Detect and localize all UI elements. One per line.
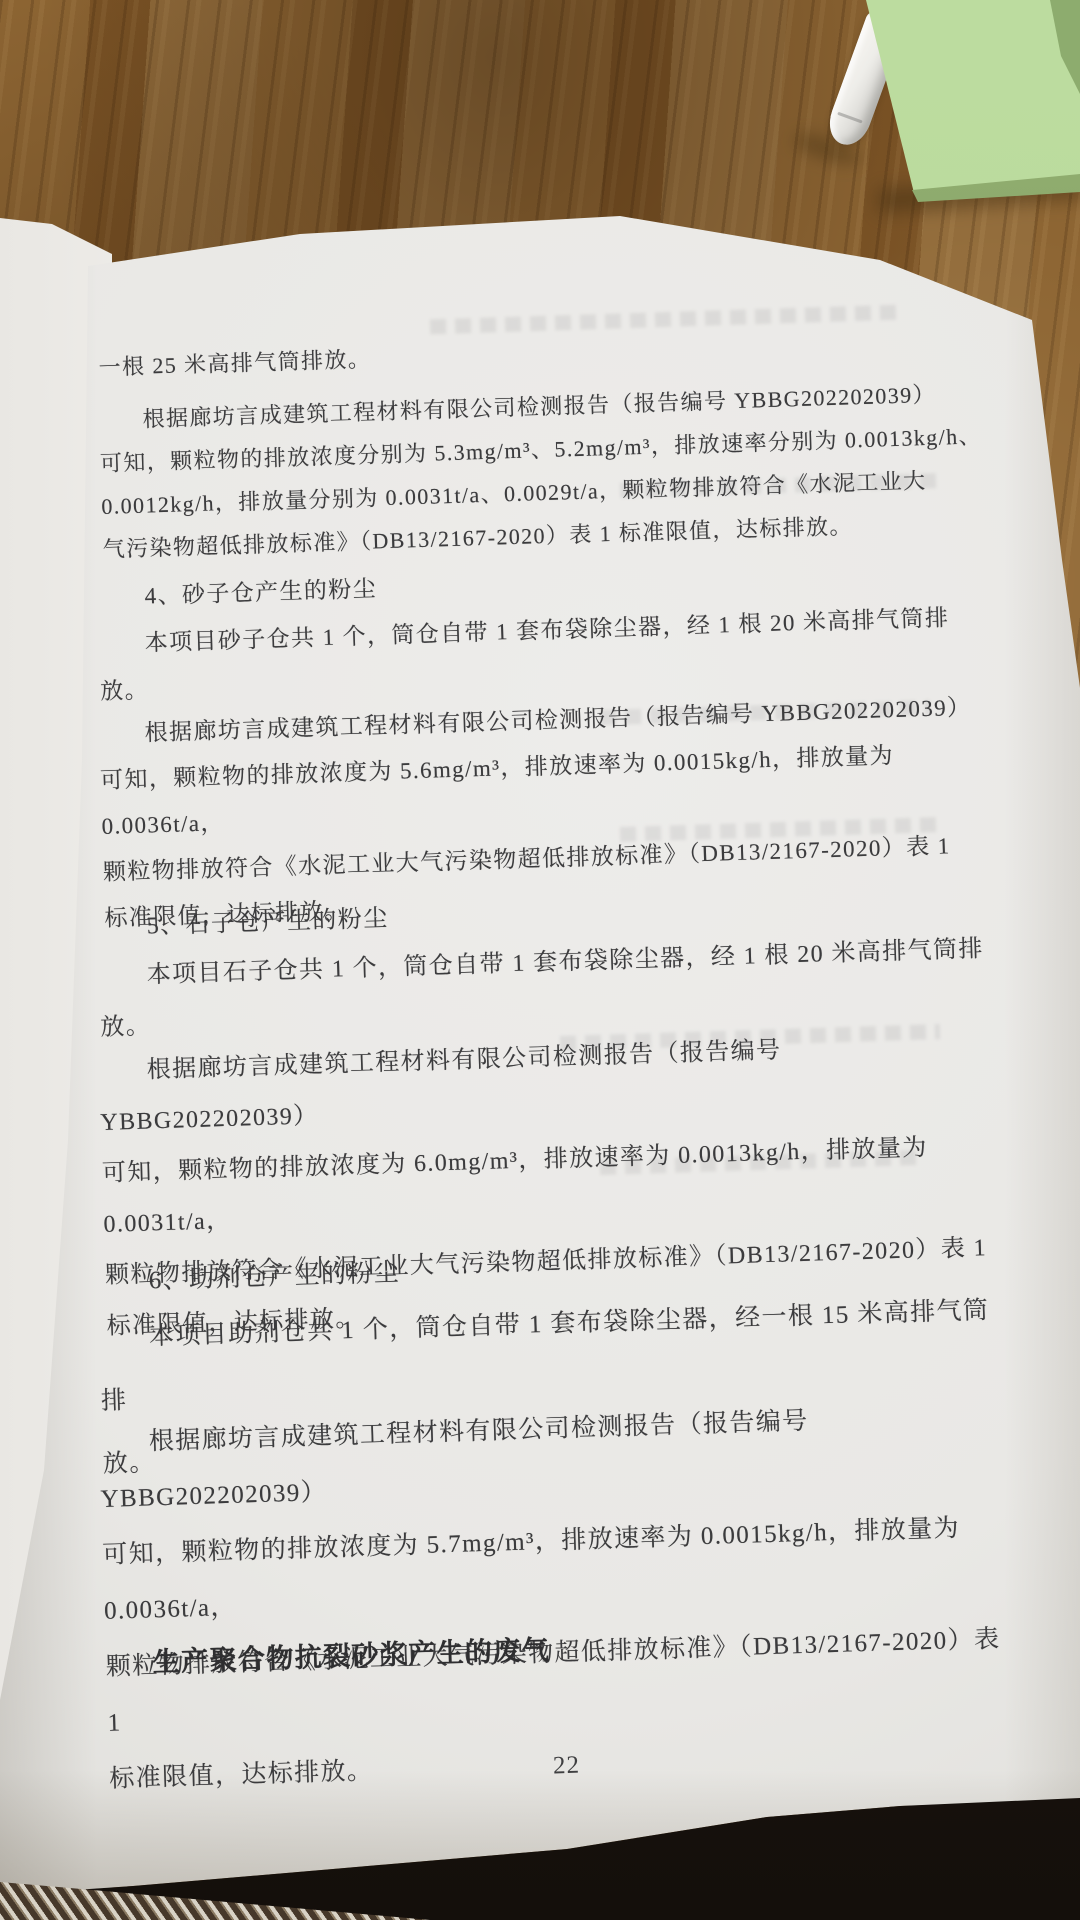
photo-of-document-on-desk: 一根 25 米高排气筒排放。 根据廊坊言成建筑工程材料有限公司检测报告（报告编号…	[0, 0, 1080, 1920]
page-number: 22	[553, 1752, 581, 1781]
paragraph-report-cement-silo: 根据廊坊言成建筑工程材料有限公司检测报告（报告编号 YBBG202202039）…	[98, 371, 1009, 571]
paragraph-additive-silo-report: 根据廊坊言成建筑工程材料有限公司检测报告（报告编号 YBBG202202039）…	[98, 1388, 1016, 1808]
